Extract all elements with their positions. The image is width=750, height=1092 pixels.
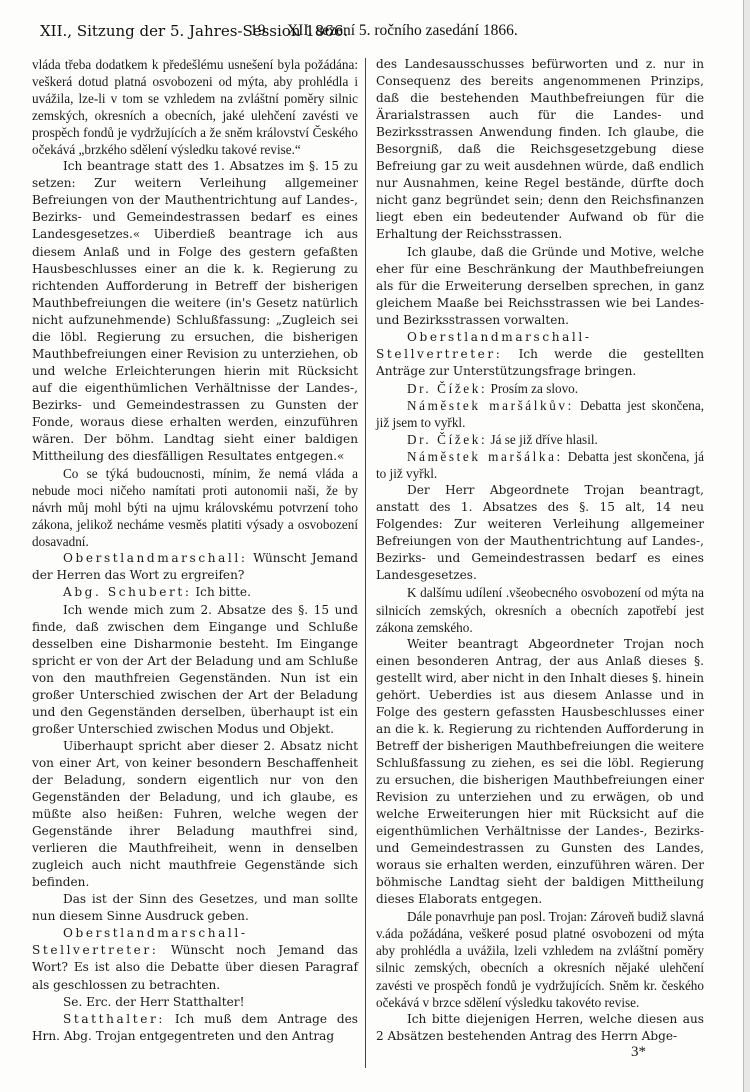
- paragraph-text: Ich beantrage statt des 1. Absatzes im §…: [32, 159, 358, 463]
- paragraph-text: Das ist der Sinn des Gesetzes, und man s…: [32, 892, 358, 923]
- paragraph-text: des Landesausschusses befürworten und z.…: [376, 57, 704, 241]
- paragraph-text: vláda třeba dodatkem k předešlému usneše…: [32, 57, 358, 157]
- paragraph: Ich wende mich zum 2. Absatze des §. 15 …: [32, 602, 358, 738]
- paragraph-text: Já se již dříve hlasil.: [487, 432, 598, 447]
- speaker-name: Statthalter:: [63, 1012, 165, 1026]
- paragraph-text: Se. Erc. der Herr Statthalter!: [63, 995, 244, 1009]
- paragraph-text: Uiberhaupt spricht aber dieser 2. Absatz…: [32, 739, 358, 889]
- page-edge: [743, 0, 750, 1092]
- column-divider: [365, 58, 366, 1068]
- paragraph: Abg. Schubert: Ich bitte.: [32, 584, 358, 601]
- right-column: des Landesausschusses befürworten und z.…: [376, 56, 704, 1045]
- paragraph: Dále ponavrhuje pan posl. Trojan: Zárove…: [376, 908, 704, 1010]
- paragraph: Náměstek maršálkův: Debatta jest skončen…: [376, 397, 704, 431]
- paragraph: Se. Erc. der Herr Statthalter!: [32, 994, 358, 1011]
- paragraph-text: Der Herr Abgeordnete Trojan beantragt, a…: [376, 483, 704, 582]
- left-column: vláda třeba dodatkem k předešlému usneše…: [32, 56, 358, 1045]
- speaker-name: Dr. Čížek:: [407, 381, 487, 396]
- speaker-name: Abg. Schubert:: [63, 585, 192, 599]
- page-number: 19: [250, 22, 266, 40]
- paragraph-text: Ich bitte.: [192, 585, 251, 599]
- paragraph: K dalšímu udílení .všeobecného osvobozen…: [376, 584, 704, 635]
- paragraph-text: Ich bitte diejenigen Herren, welche dies…: [376, 1012, 704, 1043]
- paragraph: Uiberhaupt spricht aber dieser 2. Absatz…: [32, 738, 358, 891]
- paragraph: Ich bitte diejenigen Herren, welche dies…: [376, 1011, 704, 1045]
- paragraph: Ich glaube, daß die Gründe und Motive, w…: [376, 244, 704, 329]
- paragraph-text: K dalšímu udílení .všeobecného osvobozen…: [376, 585, 704, 634]
- signature-mark: 3*: [631, 1044, 646, 1061]
- paragraph: Dr. Čížek: Já se již dříve hlasil.: [376, 431, 704, 448]
- speaker-name: Oberstlandmarschall:: [63, 551, 248, 565]
- paragraph: vláda třeba dodatkem k předešlému usneše…: [32, 56, 358, 158]
- paragraph: Weiter beantragt Abgeordneter Trojan noc…: [376, 636, 704, 909]
- paragraph-text: Ich wende mich zum 2. Absatze des §. 15 …: [32, 603, 358, 736]
- paragraph-text: Co se týká budoucnosti, mínim, že nemá v…: [32, 466, 358, 549]
- paragraph: Ich beantrage statt des 1. Absatzes im §…: [32, 158, 358, 465]
- paragraph: Der Herr Abgeordnete Trojan beantragt, a…: [376, 482, 704, 584]
- paragraph: Co se týká budoucnosti, mínim, že nemá v…: [32, 465, 358, 550]
- paragraph: Statthalter: Ich muß dem Antrage des Hrn…: [32, 1011, 358, 1045]
- paragraph: Dr. Čížek: Prosím za slovo.: [376, 380, 704, 397]
- page-header: XII., Sitzung der 5. Jahres-Session 1866…: [0, 22, 750, 46]
- paragraph: Oberstlandmarschall-Stellvertreter: Wüns…: [32, 925, 358, 993]
- header-czech-title: XII. sezení 5. ročního zasedání 1866.: [287, 22, 518, 40]
- paragraph-text: Dále ponavrhuje pan posl. Trojan: Zárove…: [376, 909, 704, 1009]
- paragraph: Oberstlandmarschall: Wünscht Jemand der …: [32, 550, 358, 584]
- document-page: XII., Sitzung der 5. Jahres-Session 1866…: [0, 0, 750, 1092]
- paragraph: Das ist der Sinn des Gesetzes, und man s…: [32, 891, 358, 925]
- speaker-name: Náměstek maršálka:: [407, 449, 563, 464]
- speaker-name: Náměstek maršálkův:: [407, 398, 574, 413]
- paragraph-text: Weiter beantragt Abgeordneter Trojan noc…: [376, 637, 704, 907]
- paragraph: des Landesausschusses befürworten und z.…: [376, 56, 704, 244]
- paragraph: Oberstlandmarschall-Stellvertreter: Ich …: [376, 329, 704, 380]
- paragraph-text: Prosím za slovo.: [487, 381, 578, 396]
- speaker-name: Dr. Čížek:: [407, 432, 487, 447]
- paragraph-text: Ich glaube, daß die Gründe und Motive, w…: [376, 245, 704, 327]
- paragraph: Náměstek maršálka: Debatta jest skončena…: [376, 448, 704, 482]
